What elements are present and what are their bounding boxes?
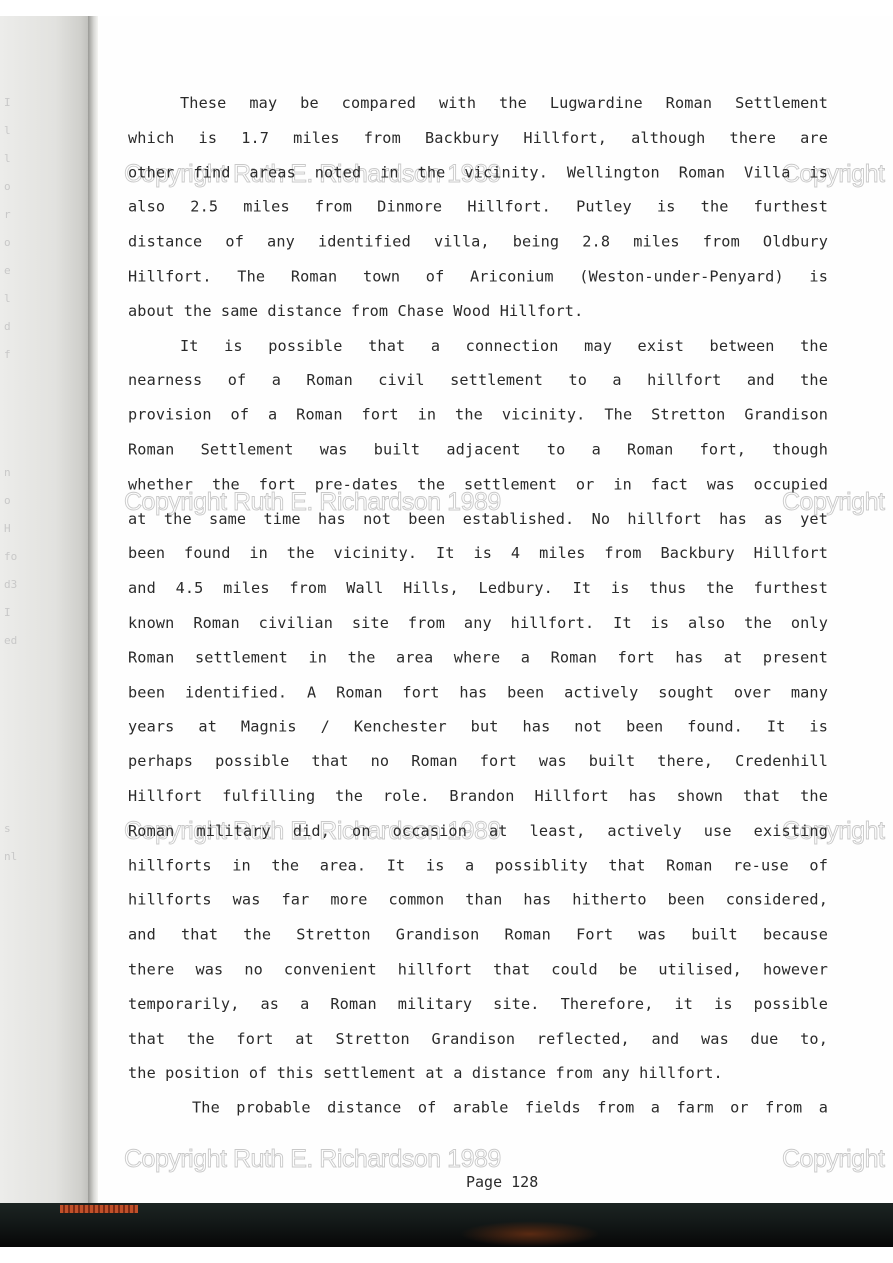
- text-line: These may be compared with the Lugwardin…: [128, 86, 828, 121]
- scanned-page: IlloroeldfnoHfod3Iedsnl Copyright Ruth E…: [0, 0, 893, 1263]
- text-line: provision of a Roman fort in the vicinit…: [128, 398, 828, 433]
- text-line: The probable distance of arable fields f…: [128, 1091, 828, 1126]
- copyright-watermark-edge: Copyright: [782, 1145, 885, 1174]
- text-line: there was no convenient hillfort that co…: [128, 952, 828, 987]
- text-line: also 2.5 miles from Dinmore Hillfort. Pu…: [128, 190, 828, 225]
- text-line: at the same time has not been establishe…: [128, 502, 828, 537]
- facing-page-ghost-char: s: [4, 822, 11, 835]
- facing-page-ghost-char: o: [4, 494, 11, 507]
- text-line: Hillfort. The Roman town of Ariconium (W…: [128, 259, 828, 294]
- facing-page-ghost-char: n: [4, 466, 11, 479]
- facing-page-ghost-char: l: [4, 292, 11, 305]
- text-line: other find areas noted in the vicinity. …: [128, 155, 828, 190]
- facing-page-edge: IlloroeldfnoHfod3Iedsnl: [0, 16, 92, 1206]
- text-line: It is possible that a connection may exi…: [128, 329, 828, 364]
- facing-page-ghost-char: I: [4, 606, 11, 619]
- text-line: the position of this settlement at a dis…: [128, 1056, 828, 1091]
- text-line: hillforts was far more common than has h…: [128, 883, 828, 918]
- facing-page-ghost-char: o: [4, 236, 11, 249]
- text-line: Roman military did, on occasion at least…: [128, 814, 828, 849]
- facing-page-ghost-char: l: [4, 152, 11, 165]
- facing-page-ghost-char: I: [4, 96, 11, 109]
- scan-top-margin: [0, 0, 893, 16]
- text-line: years at Magnis / Kenchester but has not…: [128, 710, 828, 745]
- text-line: temporarily, as a Roman military site. T…: [128, 987, 828, 1022]
- page-number: Page 128: [466, 1173, 538, 1191]
- text-line: hillforts in the area. It is a possiblit…: [128, 848, 828, 883]
- text-line: Hillfort fulfilling the role. Brandon Hi…: [128, 779, 828, 814]
- scanner-bottom-edge: [0, 1203, 893, 1247]
- text-line: distance of any identified villa, being …: [128, 225, 828, 260]
- facing-page-ghost-char: e: [4, 264, 11, 277]
- facing-page-ghost-char: d: [4, 320, 11, 333]
- facing-page-ghost-char: r: [4, 208, 11, 221]
- scan-bottom-margin: [0, 1247, 893, 1263]
- facing-page-ghost-char: fo: [4, 550, 17, 563]
- scanner-glow: [460, 1221, 600, 1247]
- text-line: perhaps possible that no Roman fort was …: [128, 744, 828, 779]
- text-line: about the same distance from Chase Wood …: [128, 294, 828, 329]
- text-line: Roman settlement in the area where a Rom…: [128, 640, 828, 675]
- book-gutter-shadow: [88, 16, 98, 1206]
- facing-page-ghost-char: o: [4, 180, 11, 193]
- facing-page-ghost-char: d3: [4, 578, 17, 591]
- body-text: These may be compared with the Lugwardin…: [128, 86, 828, 1130]
- text-line: that the fort at Stretton Grandison refl…: [128, 1021, 828, 1056]
- text-line: been found in the vicinity. It is 4 mile…: [128, 536, 828, 571]
- text-line: and 4.5 miles from Wall Hills, Ledbury. …: [128, 571, 828, 606]
- text-line: whether the fort pre-dates the settlemen…: [128, 467, 828, 502]
- facing-page-ghost-char: ed: [4, 634, 17, 647]
- text-line: and that the Stretton Grandison Roman Fo…: [128, 918, 828, 953]
- text-line: nearness of a Roman civil settlement to …: [128, 363, 828, 398]
- text-line: Roman Settlement was built adjacent to a…: [128, 432, 828, 467]
- text-line: which is 1.7 miles from Backbury Hillfor…: [128, 121, 828, 156]
- facing-page-ghost-char: H: [4, 522, 11, 535]
- text-line: known Roman civilian site from any hillf…: [128, 606, 828, 641]
- book-cover-edge: [60, 1205, 138, 1213]
- facing-page-ghost-char: nl: [4, 850, 17, 863]
- facing-page-ghost-char: l: [4, 124, 11, 137]
- text-line: been identified. A Roman fort has been a…: [128, 675, 828, 710]
- copyright-watermark: Copyright Ruth E. Richardson 1989: [124, 1145, 501, 1174]
- facing-page-ghost-char: f: [4, 348, 11, 361]
